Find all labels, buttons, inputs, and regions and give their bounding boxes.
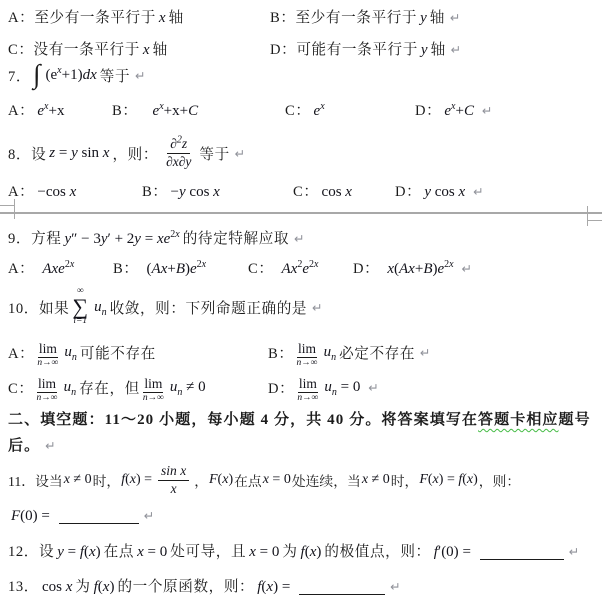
math-expression: −y cos x bbox=[171, 184, 220, 201]
page-break-right-horiz bbox=[587, 220, 602, 221]
text-run: 题号 bbox=[559, 408, 591, 429]
math-expression: Axe2x bbox=[42, 261, 74, 278]
math-expression: z = y sin x bbox=[49, 145, 109, 162]
question-11-line-1-cell: 11．设当x ≠ 0时，f(x) =sin xx，F(x)在点x = 0处连续，… bbox=[8, 460, 520, 500]
limit-notation: limn→∞ bbox=[143, 377, 164, 403]
text-run: 可能不存在 bbox=[80, 342, 156, 363]
page-break-main-line bbox=[0, 212, 602, 214]
question-7-options-cell: D：ex+C↵ bbox=[415, 99, 492, 121]
section-2-heading-line-1-cell: 二、填空题：11～20 小题，每小题 4 分，共 40 分。将答案填写在答题卡相… bbox=[8, 408, 591, 432]
limit-word: lim bbox=[297, 342, 317, 358]
math-expression: ex+x+C bbox=[153, 103, 199, 120]
paragraph-mark-icon: ↵ bbox=[473, 184, 483, 199]
math-expression: x = 0 bbox=[249, 544, 279, 561]
limit-word: lim bbox=[298, 377, 318, 393]
math-expression: f(x) bbox=[94, 579, 115, 596]
math-expression: un bbox=[324, 344, 337, 361]
paragraph-mark-icon: ↵ bbox=[144, 508, 154, 523]
limit-word: lim bbox=[37, 377, 57, 393]
math-expression: F(0) = bbox=[11, 508, 50, 525]
page-break-left-vert bbox=[14, 199, 15, 219]
math-expression: ex+C bbox=[444, 103, 474, 120]
fraction-denominator: x bbox=[168, 481, 180, 498]
math-expression: (ex+1)dx bbox=[46, 67, 97, 84]
answer-blank bbox=[299, 580, 385, 595]
text-run: 存在，但 bbox=[79, 377, 140, 398]
math-expression: y bbox=[421, 42, 428, 59]
question-8-options-cell: A：−cos x bbox=[8, 180, 79, 202]
text-run: A： bbox=[8, 257, 34, 278]
text-run: 必定不存在 bbox=[339, 342, 415, 363]
summation-sigma: ∞∑i=1 bbox=[72, 287, 88, 327]
text-run: 7． bbox=[8, 65, 31, 86]
page-break-right-vert bbox=[587, 206, 588, 226]
question-8-cell: 8．设z = y sin x，则：∂2z∂x∂y等于↵ bbox=[8, 131, 245, 175]
sigma-icon: ∑ bbox=[72, 297, 88, 318]
text-run: D： bbox=[268, 377, 294, 398]
math-expression: f(x) bbox=[301, 544, 322, 561]
text-run: A：至少有一条平行于 bbox=[8, 6, 156, 27]
paragraph-mark-icon: ↵ bbox=[45, 438, 55, 453]
text-run: 收敛，则：下列命题正确的是 bbox=[110, 297, 308, 318]
text-run: D： bbox=[415, 99, 441, 120]
math-expression: x = 0 bbox=[263, 472, 291, 488]
text-run: D： bbox=[395, 180, 421, 201]
text-run: ， bbox=[194, 470, 208, 490]
math-expression: cos x bbox=[42, 579, 72, 596]
word-document-page[interactable]: A：至少有一条平行于x轴B：至少有一条平行于y轴↵C：没有一条平行于x轴D：可能… bbox=[0, 0, 602, 610]
question-13-cell: 13．cos x为f(x)的一个原函数，则：f(x) =↵ bbox=[8, 575, 401, 601]
spellcheck-underlined-text: 答题卡相应 bbox=[478, 408, 559, 429]
text-run: 9．方程 bbox=[8, 227, 61, 248]
text-run: C： bbox=[248, 257, 274, 278]
question-7-options-cell: B：ex+x+C bbox=[112, 99, 201, 121]
text-run: 8．设 bbox=[8, 143, 46, 164]
text-run: B： bbox=[142, 180, 168, 201]
text-run: 等于 bbox=[100, 65, 130, 86]
text-run: 的极值点，则： bbox=[324, 540, 430, 561]
section-2-heading-line-2-cell: 后。↵ bbox=[8, 434, 56, 458]
text-run: 11．设当 bbox=[8, 470, 63, 490]
limit-notation: limn→∞ bbox=[37, 377, 58, 403]
answer-blank bbox=[480, 545, 564, 560]
limit-subscript: n→∞ bbox=[143, 394, 164, 404]
math-expression: un bbox=[94, 299, 107, 316]
text-run: 时， bbox=[391, 470, 419, 490]
math-expression: f′(0) = bbox=[434, 544, 471, 561]
text-run: 时， bbox=[93, 470, 121, 490]
math-expression: x ≠ 0 bbox=[64, 472, 92, 488]
math-expression: x ≠ 0 bbox=[362, 472, 390, 488]
limit-word: lim bbox=[38, 342, 58, 358]
math-expression: x = 0 bbox=[137, 544, 167, 561]
limit-subscript: n→∞ bbox=[37, 359, 58, 369]
limit-notation: limn→∞ bbox=[37, 342, 58, 368]
text-run: 在点 bbox=[234, 470, 262, 490]
paragraph-mark-icon: ↵ bbox=[294, 231, 304, 246]
math-expression: un ≠ 0 bbox=[170, 379, 206, 396]
text-run: 在点 bbox=[104, 540, 134, 561]
question-8-options-cell: D：y cos x↵ bbox=[395, 180, 484, 202]
text-run: A： bbox=[8, 342, 34, 363]
option-row-ab-parallel-cell: B：至少有一条平行于y轴↵ bbox=[270, 6, 460, 28]
math-expression: (Ax+B)e2x bbox=[147, 261, 207, 278]
paragraph-mark-icon: ↵ bbox=[390, 579, 400, 594]
paragraph-mark-icon: ↵ bbox=[368, 380, 378, 395]
text-run: B： bbox=[268, 342, 294, 363]
text-run: 13． bbox=[8, 575, 39, 596]
text-run: A： bbox=[8, 99, 34, 120]
text-run: C： bbox=[8, 377, 34, 398]
text-run: C： bbox=[285, 99, 311, 120]
paragraph-mark-icon: ↵ bbox=[312, 300, 322, 315]
text-run: 轴 bbox=[431, 38, 446, 59]
math-expression: un bbox=[64, 379, 77, 396]
option-row-ab-parallel-cell: A：至少有一条平行于x轴 bbox=[8, 6, 184, 28]
limit-notation: limn→∞ bbox=[297, 342, 318, 368]
answer-blank bbox=[59, 509, 139, 524]
text-run: 轴 bbox=[153, 38, 168, 59]
text-run: 10．如果 bbox=[8, 297, 69, 318]
text-run: 处可导，且 bbox=[170, 540, 246, 561]
text-run: 的待定特解应取 bbox=[183, 227, 289, 248]
text-run: 后。 bbox=[8, 434, 40, 455]
question-9-options-cell: C：Ax2e2x bbox=[248, 257, 321, 283]
math-expression: y″ − 3y′ + 2y = xe2x bbox=[64, 231, 179, 248]
limit-subscript: n→∞ bbox=[37, 394, 58, 404]
question-10-options-ab-cell: B：limn→∞un必定不存在↵ bbox=[268, 337, 431, 367]
math-expression: Ax2e2x bbox=[282, 261, 319, 278]
text-run: 为 bbox=[282, 540, 297, 561]
text-run: ，则： bbox=[112, 143, 158, 164]
paragraph-mark-icon: ↵ bbox=[451, 42, 461, 57]
fraction-numerator: sin x bbox=[158, 463, 189, 481]
text-run: 处连续，当 bbox=[292, 470, 361, 490]
fraction-numerator: ∂2z bbox=[167, 136, 190, 154]
limit-notation: limn→∞ bbox=[297, 377, 318, 403]
math-expression: x(Ax+B)e2x bbox=[387, 261, 453, 278]
math-expression: f(x) = bbox=[257, 579, 290, 596]
page-break-left-horiz bbox=[0, 205, 14, 206]
fraction: sin xx bbox=[158, 463, 189, 498]
summation-lower-limit: i=1 bbox=[73, 317, 87, 327]
question-10-cell: 10．如果∞∑i=1un收敛，则：下列命题正确的是↵ bbox=[8, 282, 323, 332]
math-expression: F(x) bbox=[209, 472, 233, 488]
question-8-options-cell: C：cos x bbox=[293, 180, 355, 202]
question-10-options-cd-cell: C：limn→∞un存在，但limn→∞un ≠ 0 bbox=[8, 372, 209, 402]
math-expression: y = f(x) bbox=[57, 544, 100, 561]
text-run: B： bbox=[112, 99, 138, 120]
text-run: 二、填空题：11～20 小题，每小题 4 分，共 40 分。将答案填写在 bbox=[8, 408, 478, 429]
math-expression: un bbox=[64, 344, 77, 361]
math-expression: un = 0 bbox=[324, 379, 360, 396]
text-run: D： bbox=[353, 257, 379, 278]
question-10-options-cd-cell: D：limn→∞un = 0↵ bbox=[268, 372, 379, 402]
text-run: A： bbox=[8, 180, 34, 201]
paragraph-mark-icon: ↵ bbox=[235, 146, 245, 161]
text-run: C： bbox=[293, 180, 319, 201]
question-11-line-2-cell: F(0) =↵ bbox=[8, 505, 154, 531]
text-run: ，则： bbox=[479, 470, 520, 490]
question-7-cell: 7．∫(ex+1)dx等于↵ bbox=[8, 57, 146, 93]
paragraph-mark-icon: ↵ bbox=[462, 261, 472, 276]
question-9-options-cell: B：(Ax+B)e2x bbox=[113, 257, 209, 283]
question-12-cell: 12．设y = f(x)在点x = 0处可导，且x = 0为f(x)的极值点，则… bbox=[8, 540, 579, 566]
math-expression: F(x) = f(x) bbox=[419, 472, 477, 488]
question-10-options-ab-cell: A：limn→∞un可能不存在 bbox=[8, 337, 156, 367]
question-9-options-cell: D：x(Ax+B)e2x↵ bbox=[353, 257, 472, 283]
question-8-options-cell: B：−y cos x bbox=[142, 180, 223, 202]
limit-word: lim bbox=[143, 377, 163, 393]
text-run: 等于 bbox=[199, 143, 229, 164]
text-run: 12．设 bbox=[8, 540, 54, 561]
text-run: 的一个原函数，则： bbox=[117, 575, 254, 596]
text-run: C：没有一条平行于 bbox=[8, 38, 140, 59]
paragraph-mark-icon: ↵ bbox=[135, 68, 145, 83]
math-expression: y bbox=[420, 10, 427, 27]
text-run: B：至少有一条平行于 bbox=[270, 6, 417, 27]
math-expression: y cos x bbox=[424, 184, 465, 201]
fraction-denominator: ∂x∂y bbox=[163, 154, 194, 171]
option-row-cd-parallel-cell: D：可能有一条平行于y轴↵ bbox=[270, 38, 461, 60]
paragraph-mark-icon: ↵ bbox=[450, 10, 460, 25]
question-7-options-cell: C：ex bbox=[285, 99, 328, 121]
paragraph-mark-icon: ↵ bbox=[482, 103, 492, 118]
question-7-options-cell: A：ex+x bbox=[8, 99, 67, 121]
paragraph-mark-icon: ↵ bbox=[569, 544, 579, 559]
math-expression: ex bbox=[314, 103, 325, 120]
math-expression: x bbox=[159, 10, 166, 27]
limit-subscript: n→∞ bbox=[297, 394, 318, 404]
text-run: B： bbox=[113, 257, 139, 278]
limit-subscript: n→∞ bbox=[297, 359, 318, 369]
math-expression: −cos x bbox=[37, 184, 76, 201]
text-run: 轴 bbox=[430, 6, 445, 27]
math-expression: cos x bbox=[322, 184, 352, 201]
text-run: 轴 bbox=[169, 6, 184, 27]
text-run: D：可能有一条平行于 bbox=[270, 38, 418, 59]
math-expression: ex+x bbox=[37, 103, 64, 120]
integral-icon: ∫ bbox=[33, 61, 40, 88]
question-9-options-cell: A：Axe2x bbox=[8, 257, 77, 283]
text-run: 为 bbox=[75, 575, 90, 596]
math-expression: f(x) = bbox=[121, 472, 152, 488]
question-9-cell: 9．方程y″ − 3y′ + 2y = xe2x的待定特解应取↵ bbox=[8, 227, 305, 253]
paragraph-mark-icon: ↵ bbox=[420, 345, 430, 360]
fraction: ∂2z∂x∂y bbox=[163, 136, 194, 171]
